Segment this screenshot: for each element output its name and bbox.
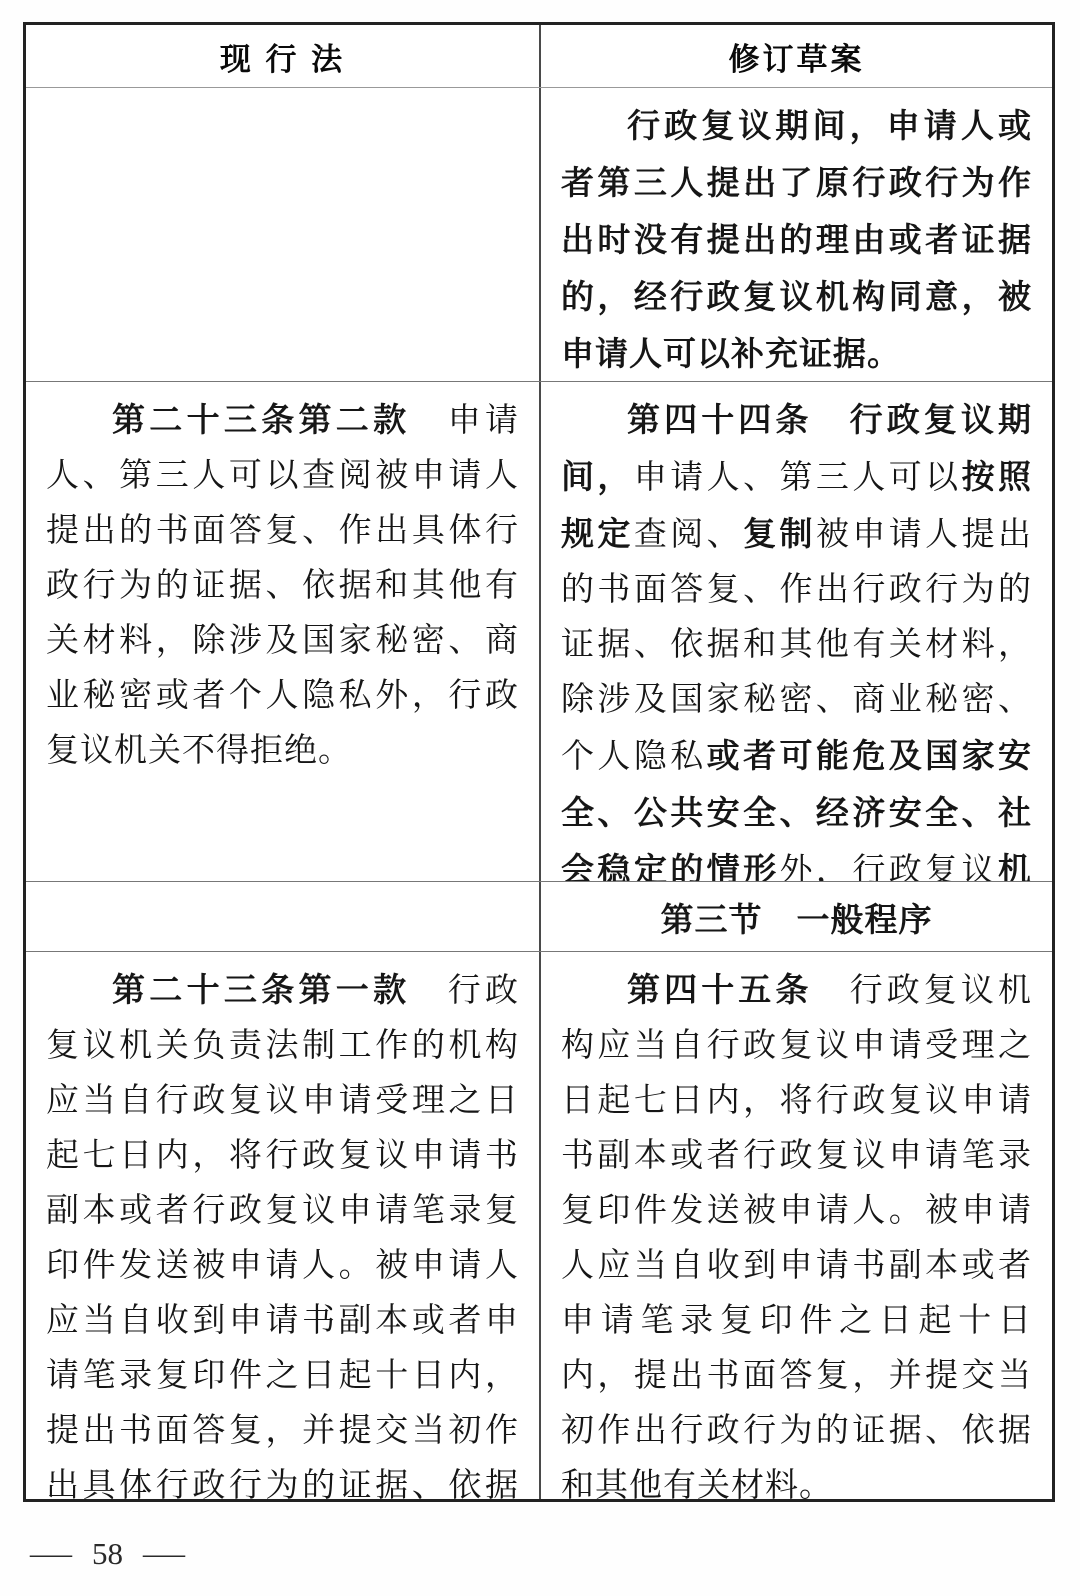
table-header-row: 现 行 法 修订草案 — [26, 25, 1052, 87]
revision-draft-cell-3: 第三节 一般程序 — [539, 882, 1052, 951]
page-number: 58 — [92, 1536, 123, 1572]
revision-draft-cell-2: 第四十四条 行政复议期间，申请人、第三人可以按照规定查阅、复制被申请人提出的书面… — [539, 382, 1052, 881]
revision-draft-cell-1: 行政复议期间，申请人或者第三人提出了原行政行为作出时没有提出的理由或者证据的，经… — [539, 88, 1052, 381]
document-page: 现 行 法 修订草案 行政复议期间，申请人或者第三人提出了原行政行为作出时没有提… — [0, 0, 1080, 1596]
header-current-law: 现 行 法 — [26, 25, 539, 87]
revision-draft-cell-4: 第四十五条 行政复议机构应当自行政复议申请受理之日起七日内，将行政复议申请书副本… — [539, 952, 1052, 1499]
table-row-article-44: 第二十三条第二款 申请人、第三人可以查阅被申请人提出的书面答复、作出具体行政行为… — [26, 381, 1052, 881]
header-revision-draft: 修订草案 — [539, 25, 1052, 87]
page-footer: — 58 — — [36, 1536, 179, 1572]
current-law-cell-3 — [26, 882, 539, 951]
current-law-cell-4: 第二十三条第一款 行政复议机关负责法制工作的机构应当自行政复议申请受理之日起七日… — [26, 952, 539, 1499]
law-comparison-table: 现 行 法 修订草案 行政复议期间，申请人或者第三人提出了原行政行为作出时没有提… — [23, 22, 1055, 1502]
table-row-section-heading: 第三节 一般程序 — [26, 881, 1052, 951]
footer-dash-right: — — [143, 1537, 185, 1571]
current-law-cell-1 — [26, 88, 539, 381]
table-row-article-45: 第二十三条第一款 行政复议机关负责法制工作的机构应当自行政复议申请受理之日起七日… — [26, 951, 1052, 1499]
table-row-continuation: 行政复议期间，申请人或者第三人提出了原行政行为作出时没有提出的理由或者证据的，经… — [26, 87, 1052, 381]
current-law-cell-2: 第二十三条第二款 申请人、第三人可以查阅被申请人提出的书面答复、作出具体行政行为… — [26, 382, 539, 881]
footer-dash-left: — — [30, 1537, 72, 1571]
